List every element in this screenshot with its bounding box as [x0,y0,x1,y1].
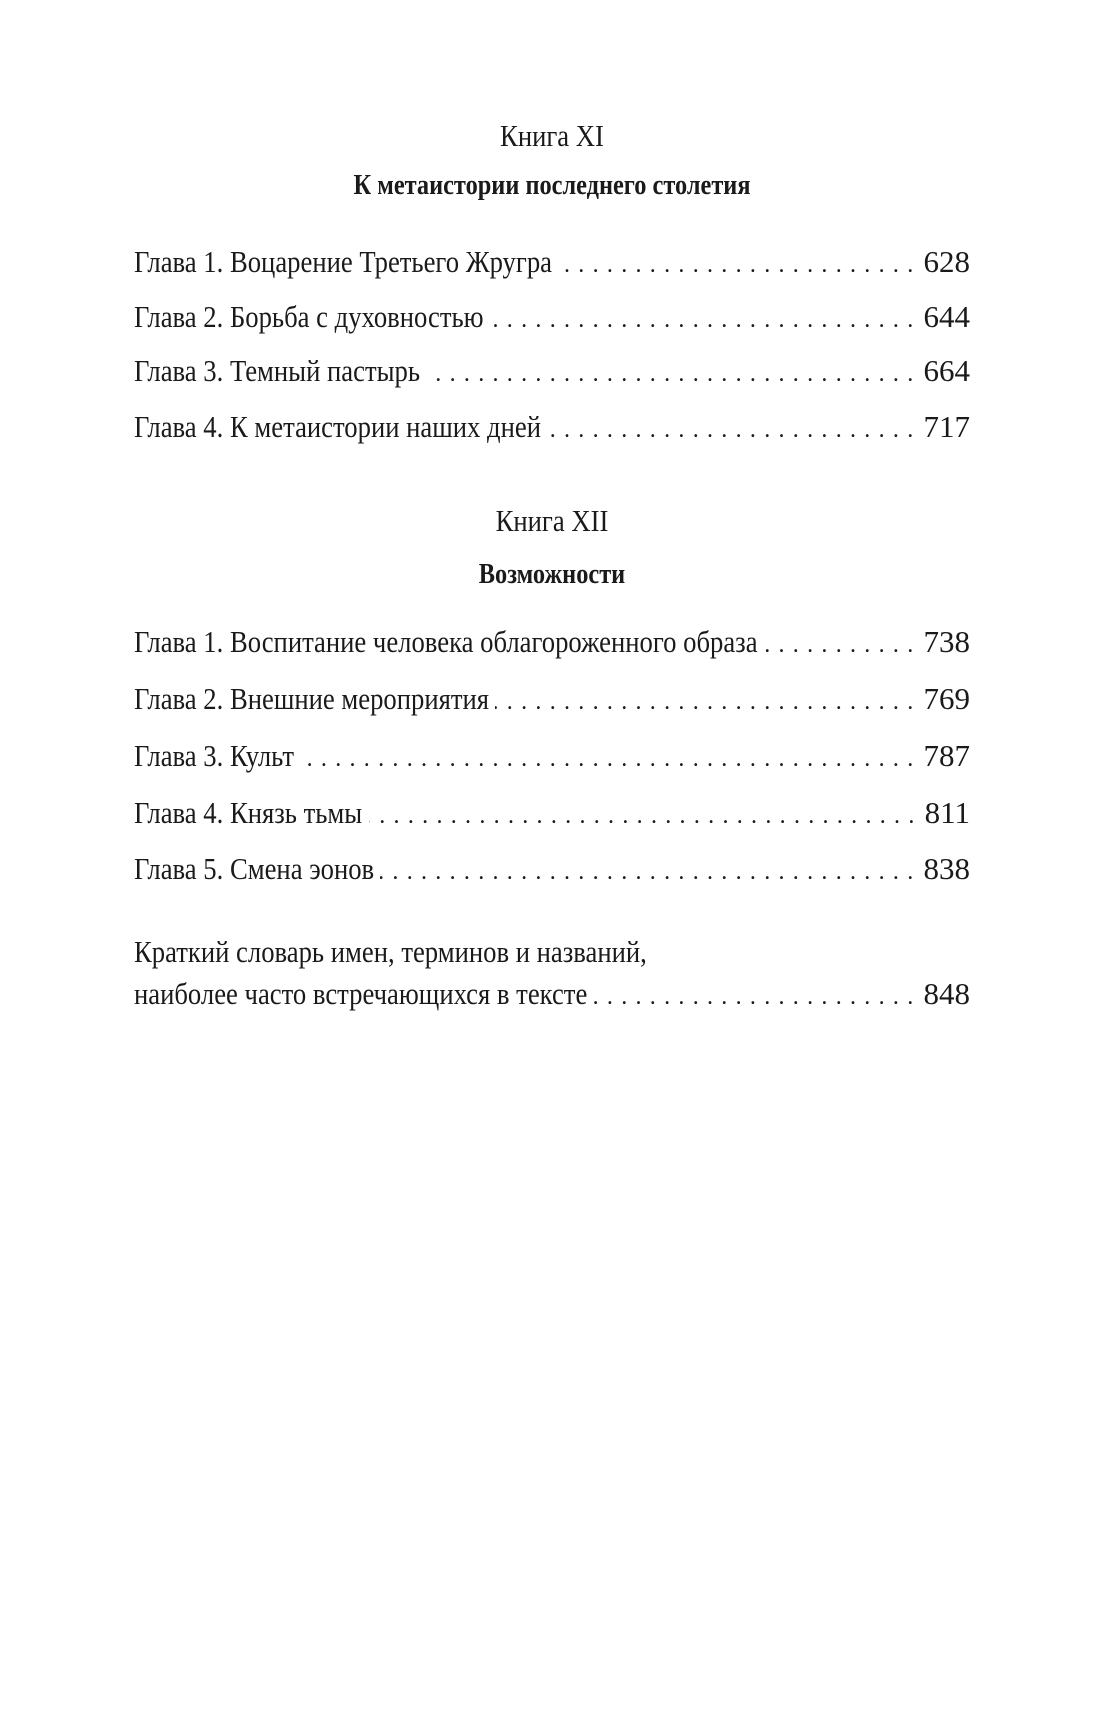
page-number: 787 [924,736,971,776]
chapter-title: Глава 3. Темный пастырь [134,351,420,391]
page-number: 644 [924,297,971,337]
page-number: 738 [924,622,971,662]
dot-leader: ........................................… [369,796,923,836]
dot-leader: ........................................… [593,977,921,1017]
book-xii-label: Книга XII [193,503,912,539]
page-number: 838 [924,849,971,889]
dictionary-title-line1: Краткий словарь имен, терминов и названи… [134,932,730,972]
chapter-title: Глава 5. Смена эонов [134,849,374,889]
chapter-title: Глава 2. Внешние мероприятия [134,679,489,719]
toc-entry[interactable]: Глава 3. Темный пастырь ................… [134,351,970,391]
chapter-title: Глава 2. Борьба с духовностью [134,297,484,337]
dot-leader: ........................................… [495,682,922,722]
chapter-title: Глава 4. Князь тьмы [134,793,362,833]
toc-entry[interactable]: Глава 4. К метаистории наших дней ......… [134,407,970,447]
chapter-title: Глава 4. К метаистории наших дней [134,407,541,447]
page-number: 769 [924,679,971,719]
toc-entry[interactable]: Глава 4. Князь тьмы ....................… [134,793,970,833]
toc-entry[interactable]: Глава 1. Воцарение Третьего Жругра .....… [134,242,970,282]
page-number: 811 [925,793,970,833]
book-xi-label: Книга XI [193,118,912,154]
dictionary-title-line2: наиболее часто встречающихся в тексте [134,974,587,1014]
chapter-title: Глава 1. Воцарение Третьего Жругра [134,242,552,282]
book-xii-title: Возможности [201,558,903,591]
dot-leader: ........................................… [547,410,921,450]
dot-leader: ........................................… [426,354,922,394]
page-number: 628 [924,242,971,282]
dot-leader: ........................................… [764,625,922,665]
toc-entry[interactable]: Глава 3. Культ .........................… [134,736,970,776]
page-number: 848 [924,974,971,1014]
dot-leader: ........................................… [558,245,921,285]
dot-leader: ........................................… [490,300,921,340]
book-xi-title: К метаистории последнего столетия [201,169,903,202]
dot-leader: ........................................… [300,739,922,779]
chapter-title: Глава 1. Воспитание человека облагорожен… [134,622,758,662]
dot-leader: ........................................… [380,852,921,892]
toc-entry-dictionary[interactable]: наиболее часто встречающихся в тексте ..… [134,974,970,1014]
toc-entry[interactable]: Глава 1. Воспитание человека облагорожен… [134,622,970,662]
page-number: 717 [924,407,971,447]
toc-entry[interactable]: Глава 2. Внешние мероприятия ...........… [134,679,970,719]
chapter-title: Глава 3. Культ [134,736,294,776]
toc-entry[interactable]: Глава 2. Борьба с духовностью ..........… [134,297,970,337]
toc-entry[interactable]: Глава 5. Смена эонов ...................… [134,849,970,889]
page-number: 664 [924,351,971,391]
dictionary-title-text: Краткий словарь имен, терминов и названи… [134,932,647,972]
